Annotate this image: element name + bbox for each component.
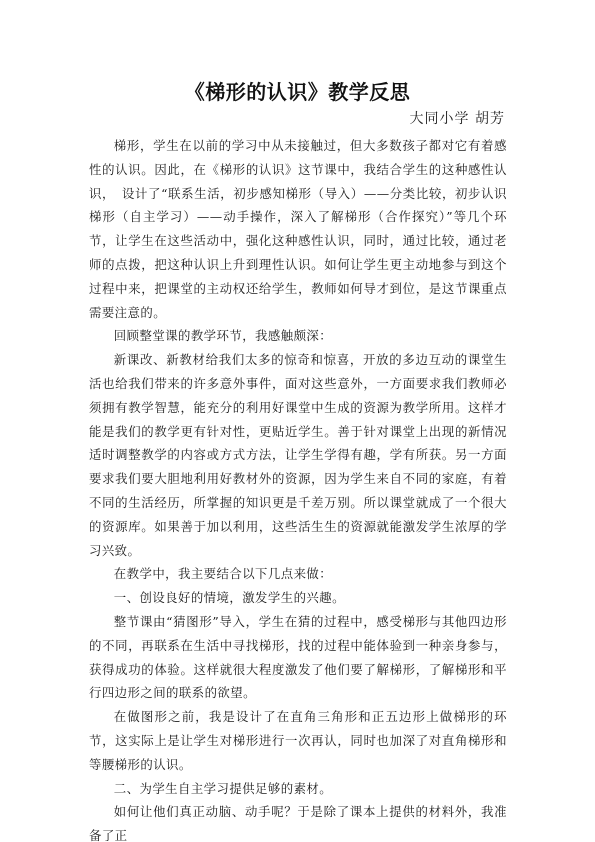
paragraph-guess-shape: 整节课由“猜图形”导入，学生在猜的过程中，感受梯形与其他四边形的不同，再联系在生… (89, 610, 507, 705)
paragraph-teaching-points: 在教学中，我主要结合以下几点来做： (89, 562, 507, 586)
paragraph-materials: 如何让他们真正动脑、动手呢？于是除了课本上提供的材料外，我准备了正 (89, 800, 507, 842)
paragraph-draw-shape: 在做图形之前，我是设计了在直角三角形和正五边形上做梯形的环节，这实际上是让学生对… (89, 705, 507, 776)
section-heading-2: 二、为学生自主学习提供足够的素材。 (89, 777, 507, 801)
document-body: 梯形，学生在以前的学习中从未接触过，但大多数孩子都对它有着感性的认识。因此，在《… (89, 134, 507, 842)
document-page: 《梯形的认识》教学反思 大同小学 胡芳 梯形，学生在以前的学习中从未接触过，但大… (0, 0, 595, 842)
author-line: 大同小学 胡芳 (410, 108, 505, 128)
paragraph-review: 回顾整堂课的教学环节，我感触颇深： (89, 324, 507, 348)
document-title: 《梯形的认识》教学反思 (0, 76, 595, 105)
section-heading-1: 一、创设良好的情境，激发学生的兴趣。 (89, 586, 507, 610)
paragraph-intro: 梯形，学生在以前的学习中从未接触过，但大多数孩子都对它有着感性的认识。因此，在《… (89, 134, 507, 324)
paragraph-new-curriculum: 新课改、新教材给我们太多的惊奇和惊喜，开放的多边互动的课堂生活也给我们带来的许多… (89, 348, 507, 562)
